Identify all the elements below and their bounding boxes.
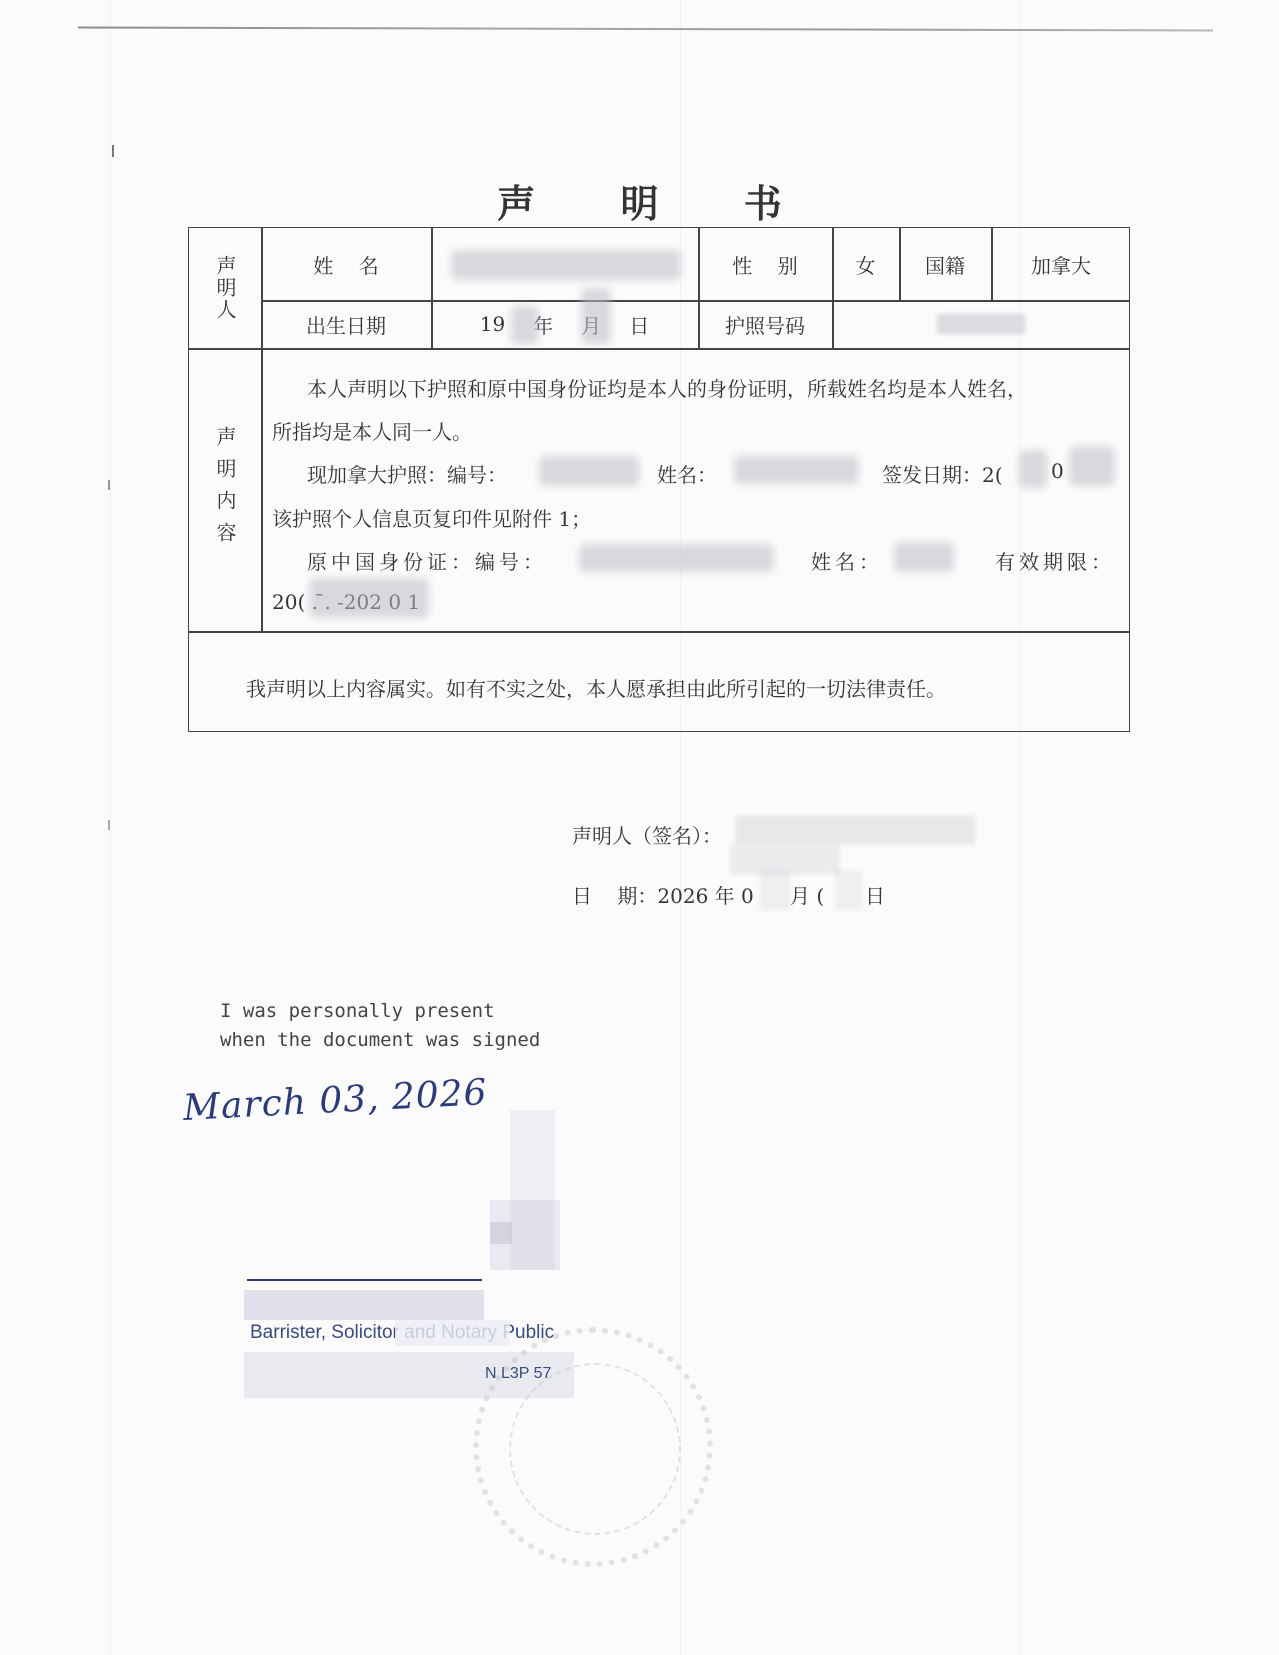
handwritten-date: March 03, 2026 xyxy=(182,1072,488,1129)
nationality-label: 国籍 xyxy=(899,228,991,300)
passport-issue-label: 签发日期：2( xyxy=(882,459,1003,488)
dob-day-unit: 日 xyxy=(629,310,649,339)
passport-value xyxy=(832,300,1131,348)
redaction-blur xyxy=(734,456,859,484)
redaction-blur xyxy=(511,306,539,344)
nationality-value: 加拿大 xyxy=(991,228,1131,300)
name-value xyxy=(431,228,698,300)
document-page: 声 明 书 声明人 姓 名 性 别 女 国籍 加拿大 出生日期 19 年 月 日 xyxy=(0,0,1279,1655)
gender-value: 女 xyxy=(832,228,899,300)
notary-name-redaction xyxy=(244,1290,484,1320)
declarant-section-label: 声明人 xyxy=(189,228,261,348)
notary-signature-redaction xyxy=(490,1222,512,1244)
redaction-blur xyxy=(539,456,639,486)
content-line-4: 该护照个人信息页复印件见附件 1； xyxy=(272,503,591,532)
signature-date-label: 日 期：2026 年 0 xyxy=(572,880,754,909)
redaction-blur xyxy=(579,544,774,572)
scan-top-border xyxy=(78,27,1213,32)
notary-signature-line xyxy=(247,1279,482,1281)
content-line-1: 本人声明以下护照和原中国身份证均是本人的身份证明，所载姓名均是本人姓名， xyxy=(307,373,1027,402)
witness-line-1: I was personally present xyxy=(220,1000,495,1022)
signature-date-day: 日 xyxy=(865,880,885,909)
content-section-label: 声明内容 xyxy=(189,348,261,631)
notary-seal-inner-ring xyxy=(509,1363,681,1535)
content-line-5-prefix: 原中国身份证：编号： xyxy=(307,546,547,575)
signer-label: 声明人（签名）： xyxy=(572,820,722,849)
content-line-2: 所指均是本人同一人。 xyxy=(272,416,472,445)
name-label: 姓 名 xyxy=(261,228,431,300)
redaction-blur xyxy=(937,314,1025,334)
redaction-blur xyxy=(835,870,863,910)
redaction-blur xyxy=(309,578,429,618)
row-divider xyxy=(189,348,1129,350)
scan-speck xyxy=(112,145,114,157)
id-validity-label: 有效期限： xyxy=(995,546,1115,575)
gender-label: 性 别 xyxy=(698,228,832,300)
redaction-blur xyxy=(451,250,681,280)
dob-year: 19 xyxy=(480,312,505,336)
dob-value: 19 年 月 日 xyxy=(431,300,698,348)
id-name-label: 姓名： xyxy=(811,546,883,575)
redaction-blur xyxy=(760,870,790,910)
redaction-blur xyxy=(894,542,954,572)
declaration-table: 声明人 姓 名 性 别 女 国籍 加拿大 出生日期 19 年 月 日 护照号码 … xyxy=(188,227,1130,732)
passport-label: 护照号码 xyxy=(698,300,832,348)
scan-speck xyxy=(108,480,110,490)
content-line-3-prefix: 现加拿大护照：编号： xyxy=(307,459,507,488)
row-divider xyxy=(189,631,1129,633)
declarant-label-text: 声明人 xyxy=(213,255,237,321)
redaction-blur xyxy=(1069,446,1115,486)
witness-line-2: when the document was signed xyxy=(220,1029,540,1051)
notary-title-redaction xyxy=(395,1320,510,1346)
declaration-statement: 我声明以上内容属实。如有不实之处，本人愿承担由此所引起的一切法律责任。 xyxy=(246,673,946,702)
document-title: 声 明 书 xyxy=(0,173,1279,228)
signature-redaction xyxy=(735,815,975,845)
dob-label: 出生日期 xyxy=(261,300,431,348)
passport-issue-tail: 0 xyxy=(1051,459,1064,483)
notary-seal-stamp xyxy=(473,1327,713,1567)
signature-date-month: 月 ( xyxy=(790,880,824,909)
content-label-text: 声明内容 xyxy=(208,426,242,554)
passport-name-label: 姓名： xyxy=(657,459,717,488)
redaction-blur xyxy=(581,288,611,344)
paper-edge-line xyxy=(110,0,111,1655)
redaction-blur xyxy=(1019,450,1047,488)
scan-speck xyxy=(108,820,110,830)
